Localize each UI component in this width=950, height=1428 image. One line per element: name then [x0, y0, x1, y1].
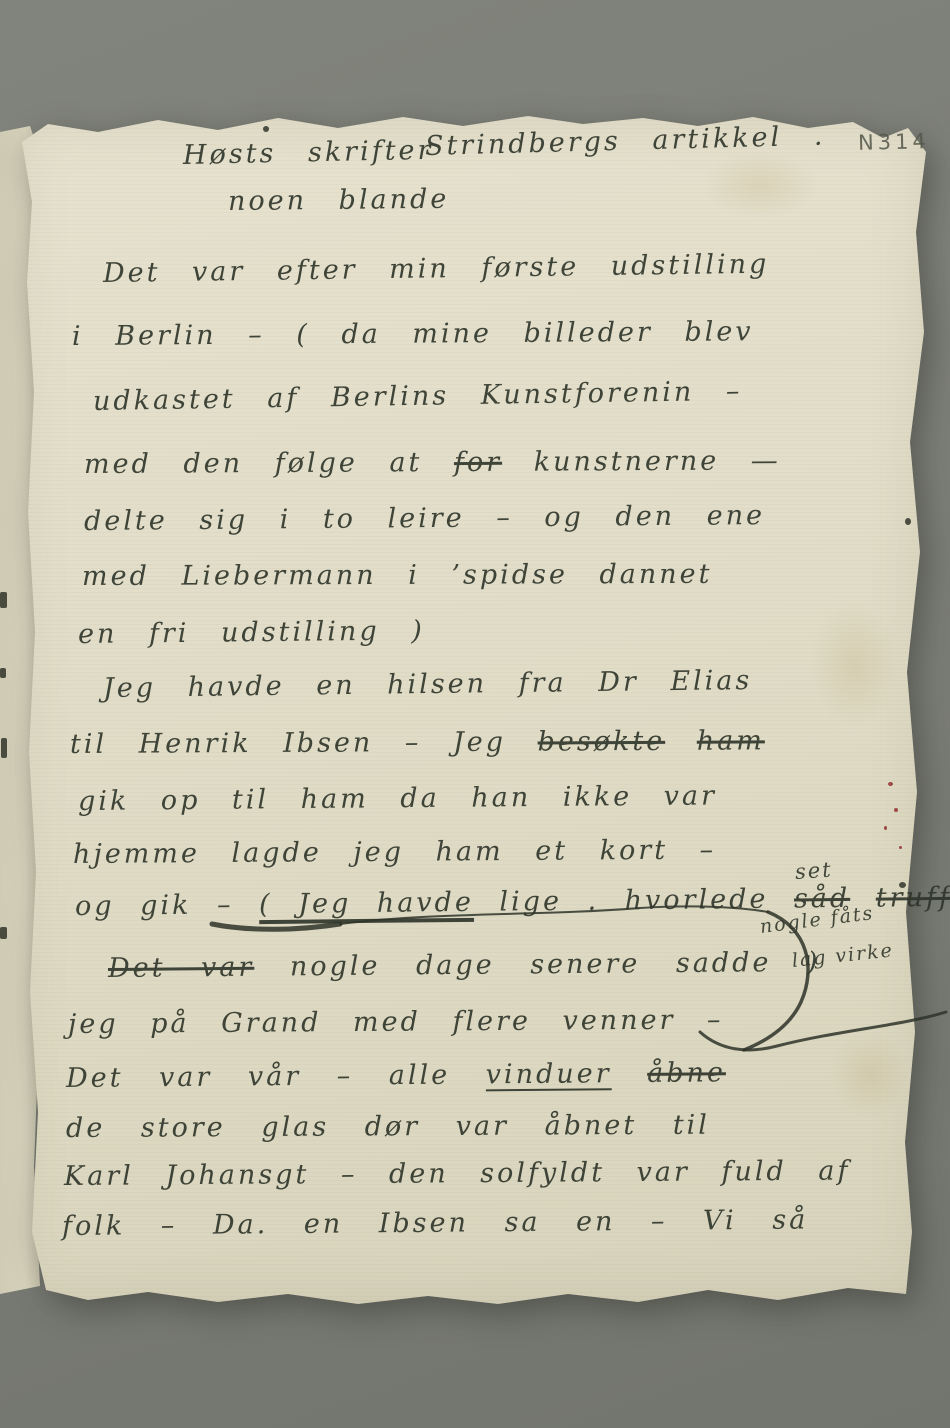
struck-word: Det var	[108, 952, 255, 984]
manuscript-line: med Liebermann i ’spidse dannet	[82, 559, 713, 592]
manuscript-line: i Berlin – ( da mine billeder blev	[72, 316, 754, 352]
margin-note: lag virke	[791, 939, 895, 972]
handwritten-text: en fri udstilling )	[78, 615, 425, 650]
manuscript-line: noen blande	[228, 184, 450, 217]
manuscript-line: Karl Johansgt – den solfyldt var fuld af	[64, 1156, 851, 1192]
struck-word: truffet	[876, 881, 950, 913]
handwritten-text: vinduer	[486, 1058, 612, 1090]
red-speck-mark	[894, 808, 898, 812]
struck-word: ham	[697, 725, 765, 756]
red-speck-mark	[884, 826, 887, 830]
handwritten-text: udkastet af Berlins Kunstforenin –	[93, 376, 743, 417]
manuscript-line: gik op til ham da han ikke var	[78, 780, 717, 817]
handwritten-text: Det var vår – alle	[66, 1059, 486, 1094]
manuscript-line: til Henrik Ibsen – Jeg besøkte ham	[70, 725, 765, 760]
handwritten-text: i Berlin – ( da mine billeder blev	[72, 316, 754, 352]
manuscript-line: de store glas dør var åbnet til	[66, 1110, 710, 1144]
struck-word: for	[454, 447, 502, 478]
red-speck-mark	[888, 782, 893, 786]
manuscript-line: Det var efter min første udstilling	[103, 249, 770, 289]
ink-speck-mark	[263, 126, 269, 132]
handwritten-text	[611, 1058, 647, 1089]
handwritten-text: kunstnerne —	[502, 445, 781, 477]
handwritten-text: delte sig i to leire – og den ene	[84, 500, 765, 537]
handwritten-text: jeg på Grand med flere venner –	[68, 1004, 724, 1040]
edge-ink-mark	[1, 738, 7, 758]
handwritten-text: Det var efter min første udstilling	[103, 249, 770, 289]
manuscript-line: Jeg havde en hilsen fra Dr Elias	[103, 665, 753, 704]
handwritten-text: gik op til ham da han ikke var	[78, 780, 717, 817]
manuscript-line: Høsts skrifter	[183, 135, 434, 171]
edge-ink-mark	[0, 592, 7, 608]
handwritten-text: lige . hvorlede	[474, 883, 794, 917]
handwritten-text: nogle dage senere sadde )	[254, 947, 820, 983]
handwritten-text: med Liebermann i ’spidse dannet	[82, 559, 713, 592]
manuscript-line: folk – Da. en Ibsen sa en – Vi så	[62, 1204, 809, 1242]
manuscript-line: hjemme lagde jeg ham et kort –	[73, 835, 716, 870]
stain-mark	[700, 150, 820, 220]
manuscript-line: delte sig i to leire – og den ene	[84, 500, 765, 537]
manuscript-line: Det var vår – alle vinduer åbne	[66, 1057, 726, 1094]
edge-ink-mark	[0, 668, 6, 678]
stain-mark	[810, 600, 900, 730]
handwritten-text: ( Jeg havde	[259, 887, 474, 920]
ink-speck-mark	[905, 518, 911, 525]
handwritten-text: Høsts skrifter	[183, 135, 434, 171]
manuscript-line: jeg på Grand med flere venner –	[68, 1004, 724, 1040]
struck-word: åbne	[647, 1057, 726, 1089]
handwritten-text: Karl Johansgt – den solfyldt var fuld af	[64, 1156, 851, 1192]
handwritten-text	[665, 726, 697, 757]
manuscript-line: en fri udstilling )	[78, 615, 425, 650]
manuscript-line: med den følge at for kunstnerne —	[84, 445, 781, 480]
handwriting-layer: N314 Høsts skrifterStrindbergs artikkel …	[0, 0, 950, 1428]
edge-ink-mark	[0, 927, 7, 939]
handwritten-text: de store glas dør var åbnet til	[66, 1110, 710, 1144]
manuscript-line: udkastet af Berlins Kunstforenin –	[93, 376, 743, 417]
handwritten-text: hjemme lagde jeg ham et kort –	[73, 835, 716, 870]
handwritten-text: folk – Da. en Ibsen sa en – Vi så	[62, 1204, 809, 1242]
handwritten-text: med den følge at	[84, 447, 454, 480]
handwritten-text: noen blande	[228, 184, 450, 217]
struck-word: besøkte	[538, 726, 666, 758]
manuscript-line: Det var nogle dage senere sadde )	[108, 947, 821, 984]
handwritten-text: til Henrik Ibsen – Jeg	[70, 727, 538, 760]
stain-mark	[830, 1030, 910, 1120]
archival-number-pencil: N314	[858, 129, 930, 155]
ink-speck-mark	[899, 882, 906, 888]
handwritten-text: og gik –	[75, 889, 259, 922]
handwritten-text: Jeg havde en hilsen fra Dr Elias	[103, 665, 753, 704]
manuscript-scan: N314 Høsts skrifterStrindbergs artikkel …	[0, 0, 950, 1428]
margin-note: set	[794, 857, 833, 884]
red-speck-mark	[899, 846, 902, 849]
